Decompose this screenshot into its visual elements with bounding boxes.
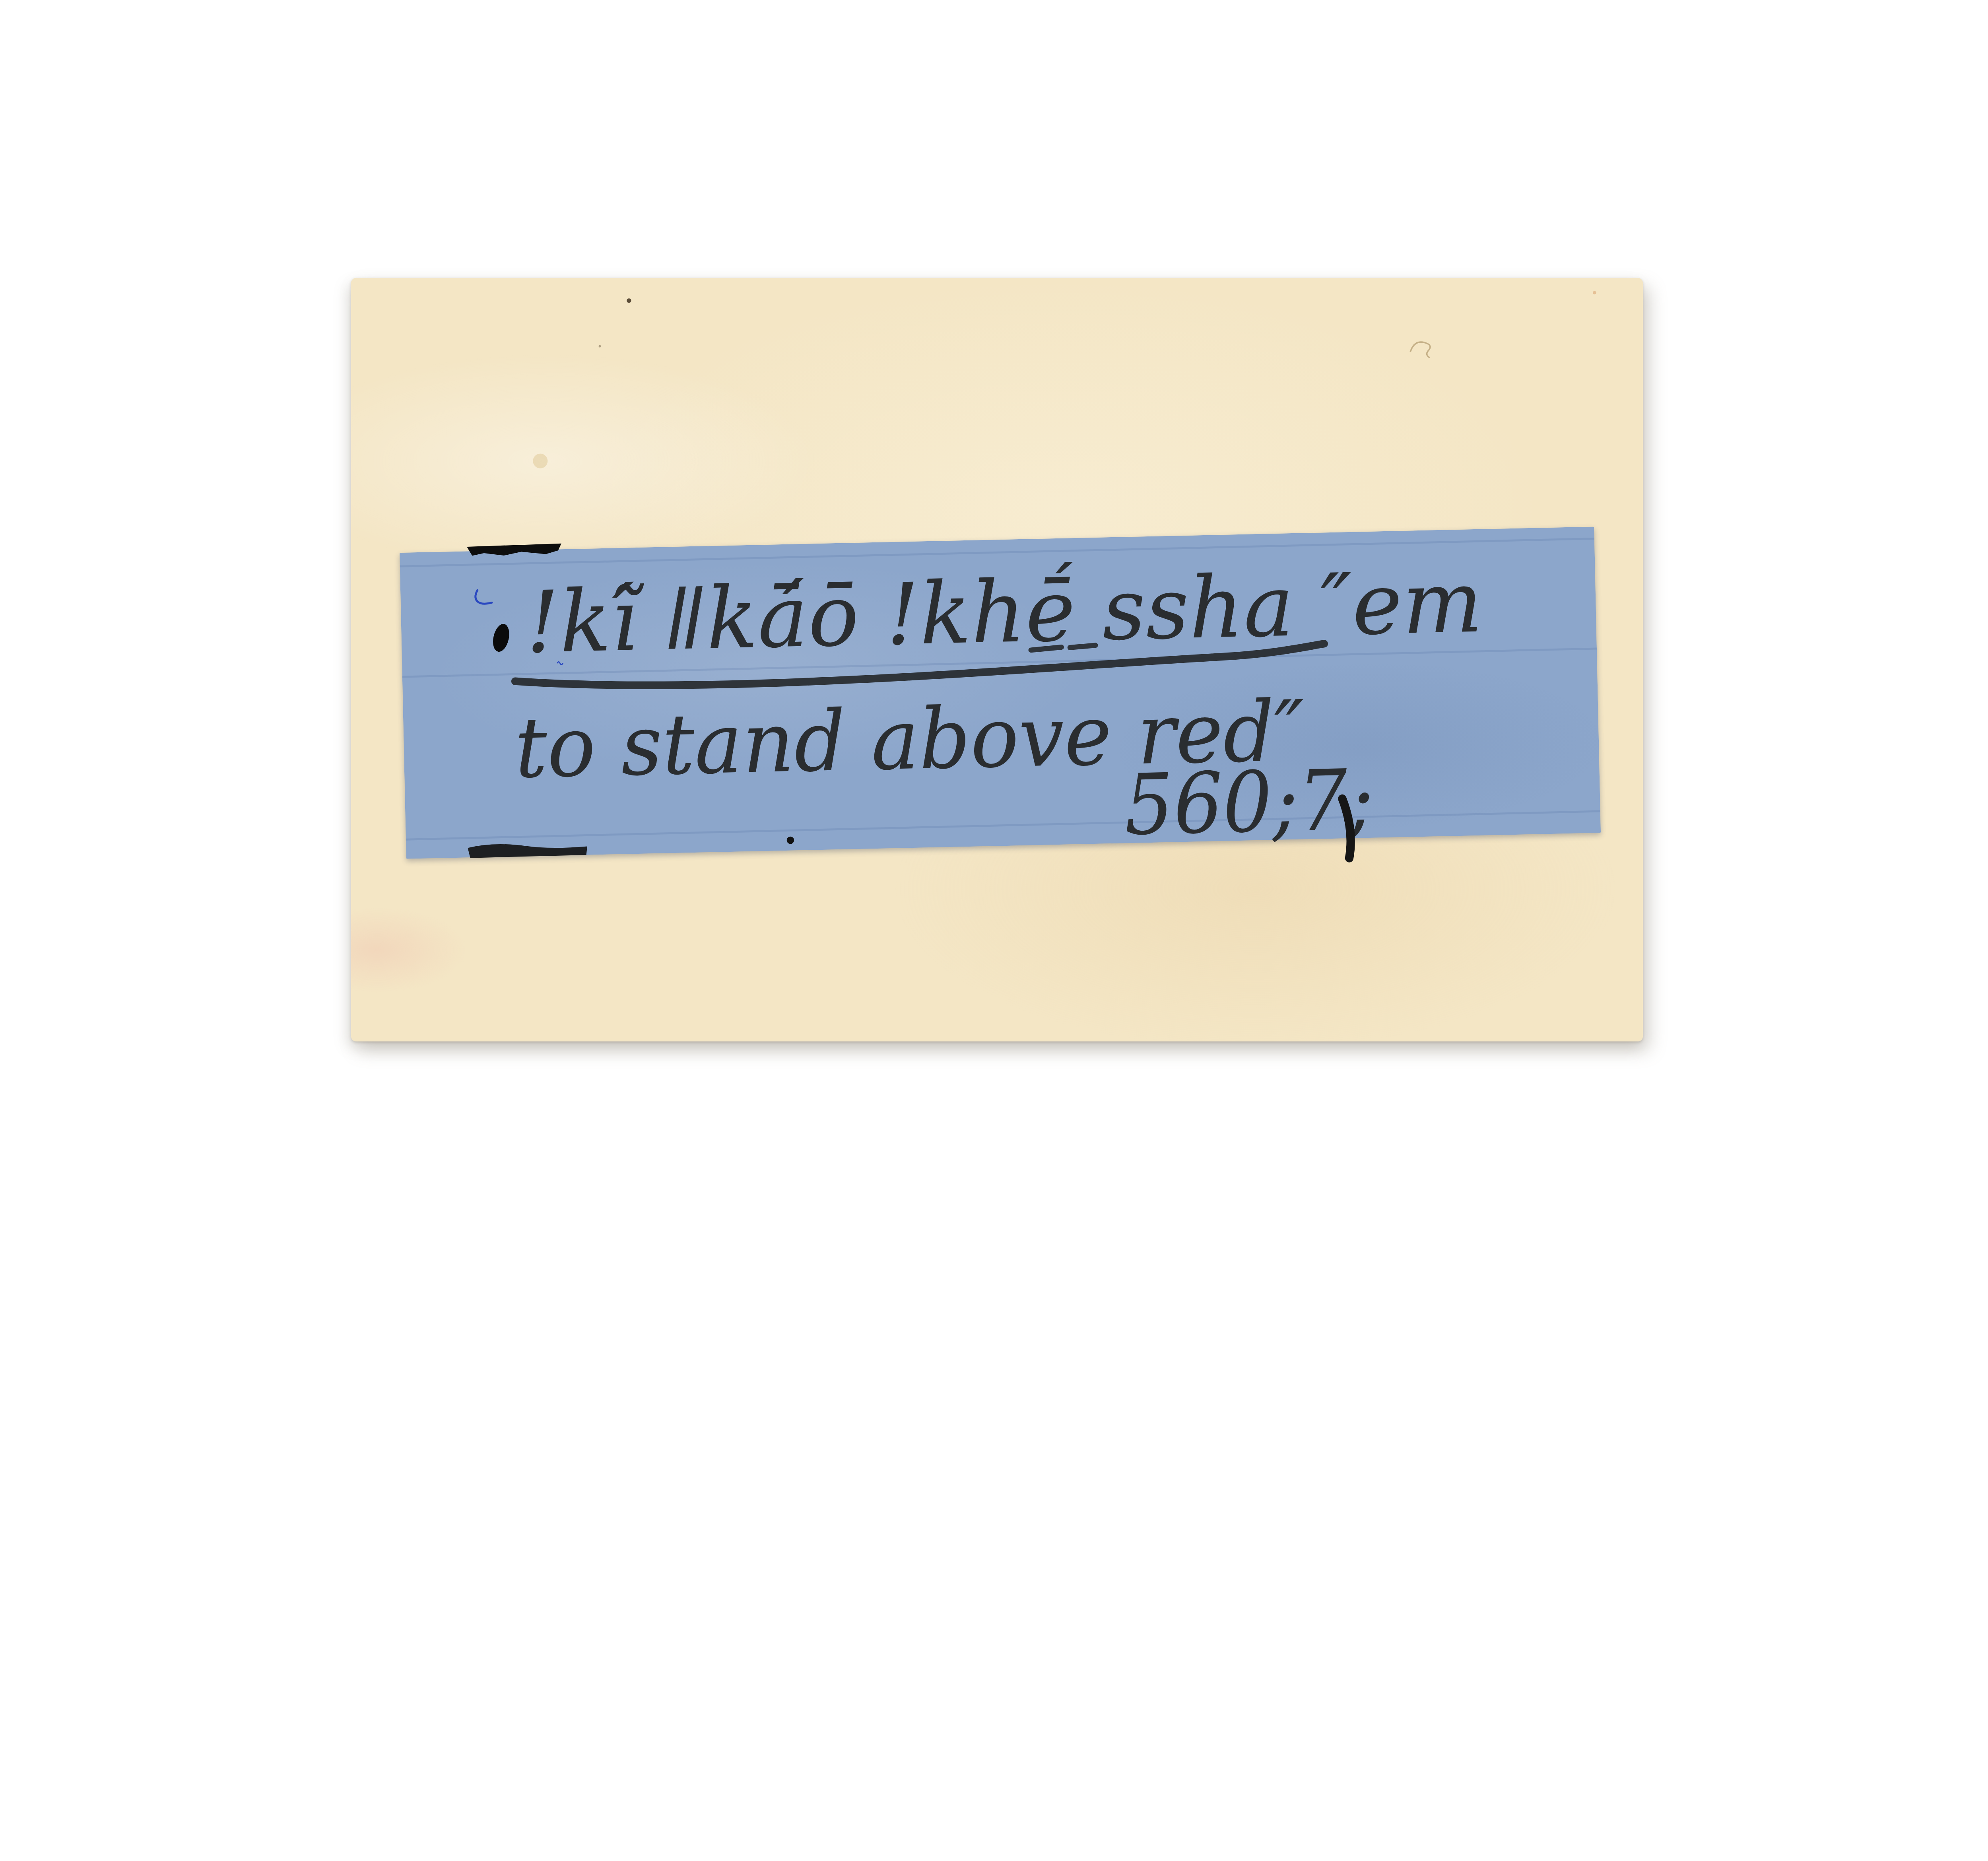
blue-pen-squiggle bbox=[476, 590, 492, 604]
cream-paper: !kĩ́ ǁkā́ō !khḗ ssha ″em to stand above … bbox=[351, 278, 1643, 1041]
paper-speck-orange bbox=[1593, 291, 1596, 295]
bottom-edge-speck bbox=[787, 837, 794, 844]
blue-slip: !kĩ́ ǁkā́ō !khḗ ssha ″em to stand above … bbox=[400, 527, 1601, 859]
phonetic-line-text: !kĩ́ ǁkā́ō !khḗ ssha ″em bbox=[525, 553, 1484, 673]
paper-speck bbox=[627, 299, 631, 303]
ink-blob bbox=[491, 622, 512, 653]
paper-fiber bbox=[1410, 342, 1430, 357]
reference-number-text: 560;7; bbox=[1124, 751, 1375, 854]
paper-speck-small bbox=[599, 345, 601, 348]
slip-ink-layer: !kĩ́ ǁkā́ō !khḗ ssha ″em to stand above … bbox=[400, 527, 1601, 859]
paper-stain bbox=[533, 454, 547, 468]
photo-stage: !kĩ́ ǁkā́ō !khḗ ssha ″em to stand above … bbox=[0, 0, 1988, 1326]
